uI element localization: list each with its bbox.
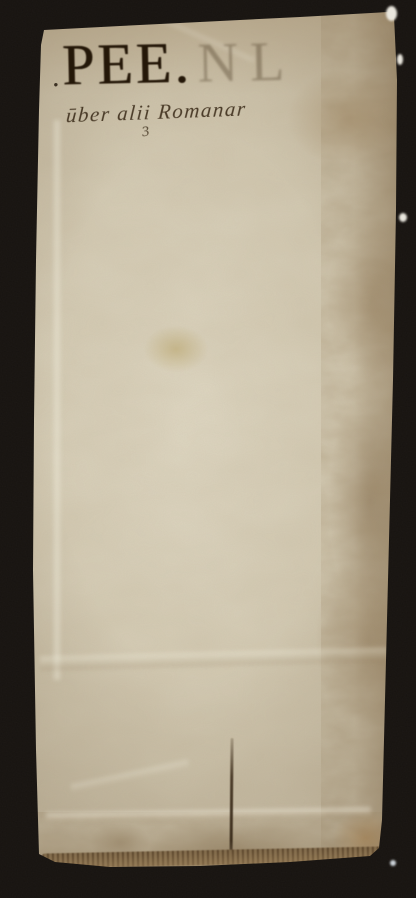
- worn-edge-fuzz-speck: [399, 213, 407, 222]
- edge-vignette: [0, 0, 416, 898]
- worn-corner-fuzz-speck: [386, 6, 397, 21]
- inscription-lead-dot: .: [52, 62, 60, 92]
- inscription-title-dark: PEE.: [61, 30, 192, 98]
- vertical-fold-crease: [52, 120, 62, 680]
- inscription-title-faded: NL: [197, 31, 297, 95]
- frayed-tail-edge: [42, 846, 386, 868]
- worn-edge-fuzz-speck: [397, 54, 403, 65]
- horizontal-crease: [40, 647, 388, 670]
- inscription-handwritten-line: ūber alii Romanar: [65, 96, 247, 128]
- worn-tail-fuzz-speck: [390, 860, 396, 866]
- lower-highlight-crease: [46, 807, 371, 823]
- inscription-small-mark: 3: [141, 123, 151, 141]
- photo-stage: . PEE.NL ūber alii Romanar 3: [0, 0, 416, 898]
- tail-diagonal-crease: [70, 760, 189, 793]
- inscription-title: PEE.NL: [61, 32, 296, 95]
- slit-cut: [229, 738, 233, 866]
- parchment-mottle-texture: [0, 0, 416, 898]
- vellum-cover: . PEE.NL ūber alii Romanar 3: [0, 0, 416, 898]
